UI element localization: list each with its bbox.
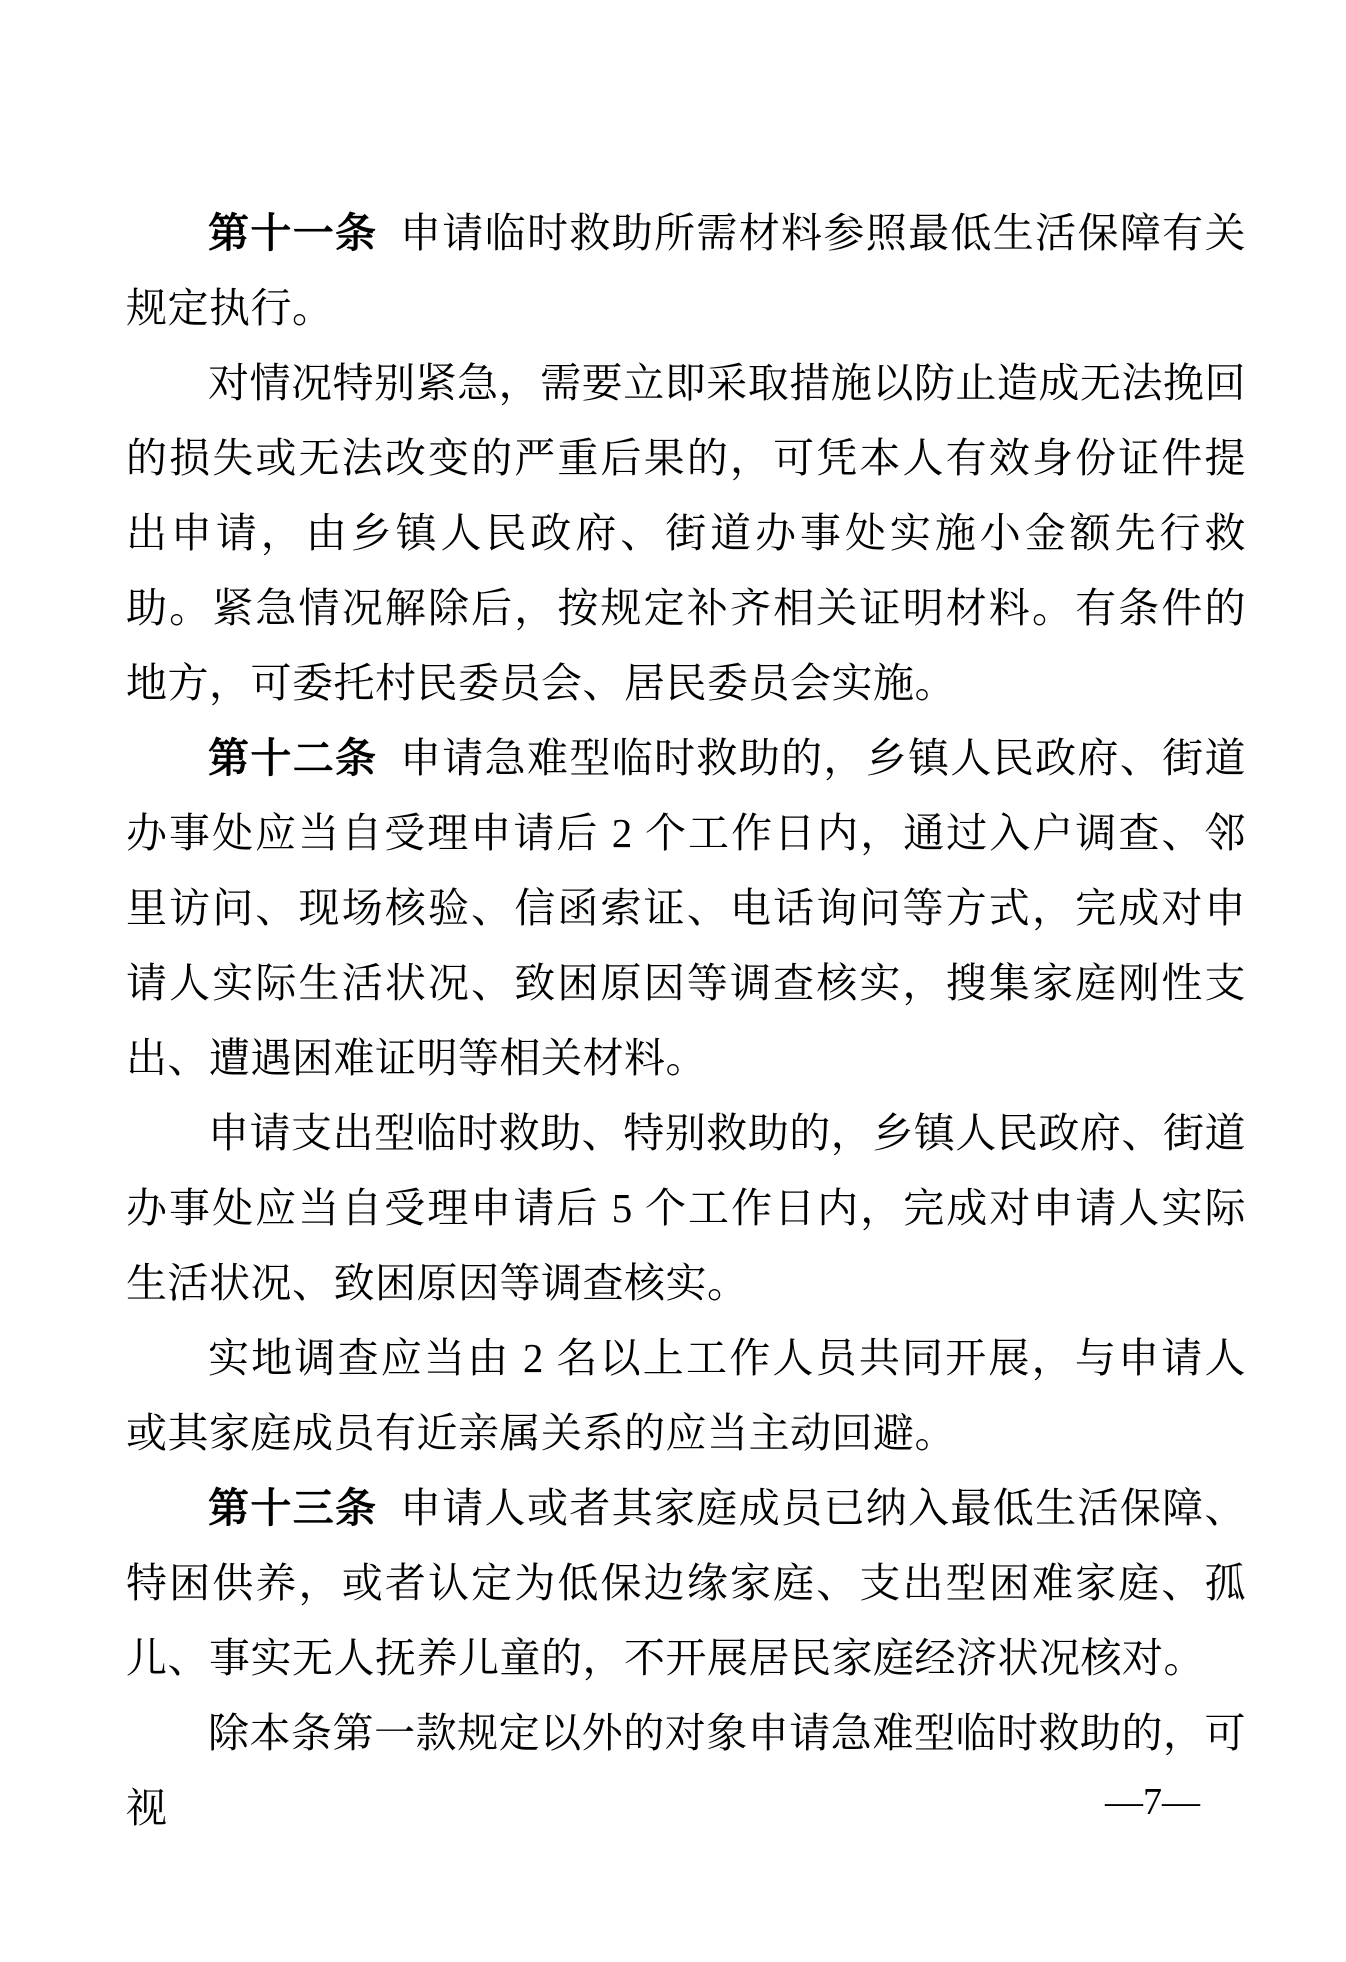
- paragraph: 申请支出型临时救助、特别救助的，乡镇人民政府、街道办事处应当自受理申请后 5 个…: [126, 1096, 1246, 1321]
- page-number: —7—: [1105, 1782, 1200, 1822]
- article-number: 第十三条: [208, 1485, 377, 1531]
- article-paragraph: 第十二条申请急难型临时救助的，乡镇人民政府、街道办事处应当自受理申请后 2 个工…: [126, 721, 1246, 1096]
- article-number: 第十一条: [208, 210, 377, 256]
- paragraph: 实地调查应当由 2 名以上工作人员共同开展，与申请人或其家庭成员有近亲属关系的应…: [126, 1321, 1246, 1471]
- paragraph-text: 对情况特别紧急，需要立即采取措施以防止造成无法挽回的损失或无法改变的严重后果的，…: [126, 360, 1246, 706]
- paragraph-text: 申请支出型临时救助、特别救助的，乡镇人民政府、街道办事处应当自受理申请后 5 个…: [126, 1110, 1246, 1306]
- paragraph-text: 申请急难型临时救助的，乡镇人民政府、街道办事处应当自受理申请后 2 个工作日内，…: [126, 735, 1246, 1081]
- document-page: 第十一条申请临时救助所需材料参照最低生活保障有关规定执行。 对情况特别紧急，需要…: [0, 0, 1346, 1962]
- article-paragraph: 第十三条申请人或者其家庭成员已纳入最低生活保障、特困供养，或者认定为低保边缘家庭…: [126, 1471, 1246, 1696]
- article-number: 第十二条: [208, 735, 377, 781]
- paragraph-text: 除本条第一款规定以外的对象申请急难型临时救助的，可视: [126, 1710, 1246, 1831]
- paragraph: 对情况特别紧急，需要立即采取措施以防止造成无法挽回的损失或无法改变的严重后果的，…: [126, 346, 1246, 721]
- document-body: 第十一条申请临时救助所需材料参照最低生活保障有关规定执行。 对情况特别紧急，需要…: [126, 196, 1246, 1846]
- paragraph-text: 实地调查应当由 2 名以上工作人员共同开展，与申请人或其家庭成员有近亲属关系的应…: [126, 1335, 1246, 1456]
- paragraph: 除本条第一款规定以外的对象申请急难型临时救助的，可视: [126, 1696, 1246, 1846]
- article-paragraph: 第十一条申请临时救助所需材料参照最低生活保障有关规定执行。: [126, 196, 1246, 346]
